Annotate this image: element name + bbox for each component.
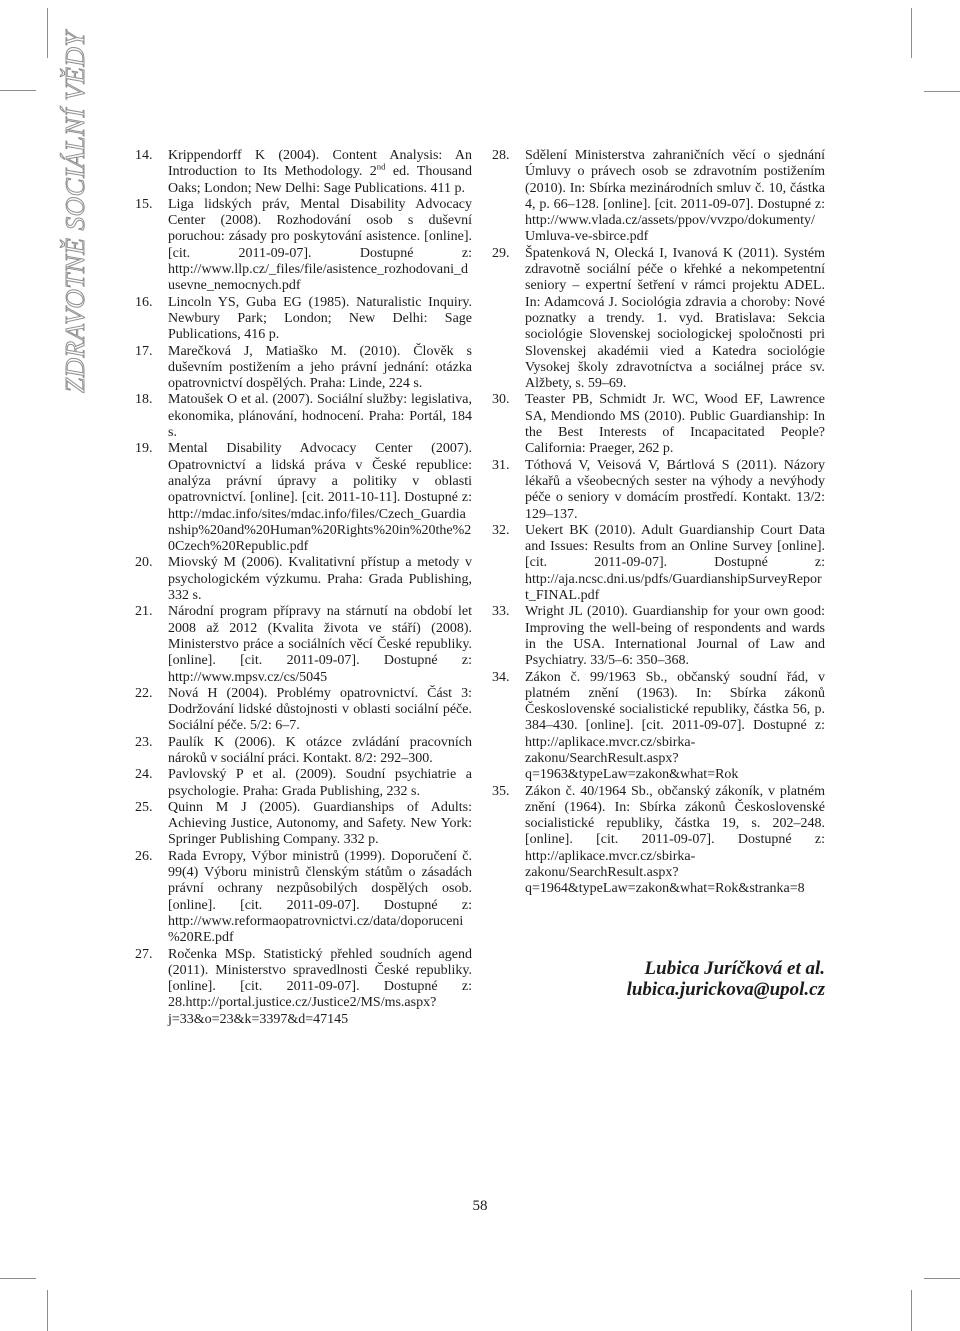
reference-text: Matoušek O et al. (2007). Sociální služb… (168, 392, 472, 441)
references-column-right: 28. Sdělení Ministerstva zahraničních vě… (492, 148, 825, 898)
reference-number: 33. (492, 604, 525, 620)
crop-mark-bottom-left-vertical (47, 1290, 48, 1331)
reference-text: Sdělení Ministerstva zahraničních věcí o… (525, 148, 825, 246)
reference-text: Liga lidských práv, Mental Disability Ad… (168, 197, 472, 295)
reference-number: 28. (492, 148, 525, 164)
reference-text: Miovský M (2006). Kvalitativní přístup a… (168, 555, 472, 604)
journal-section-label: ZDRAVOTNĚ SOCIÁLNÍ VĚDY (60, 95, 91, 393)
reference-text: Krippendorff K (2004). Content Analysis:… (168, 148, 472, 197)
reference-number: 35. (492, 784, 525, 800)
reference-text: Quinn M J (2005). Guardianships of Adult… (168, 800, 472, 849)
reference-number: 31. (492, 458, 525, 474)
reference-text: Uekert BK (2010). Adult Guardianship Cou… (525, 523, 825, 604)
reference-text: Národní program přípravy na stárnutí na … (168, 604, 472, 685)
reference-item-22: 22. Nová H (2004). Problémy opatrovnictv… (135, 686, 472, 735)
reference-number: 19. (135, 441, 168, 457)
reference-number: 17. (135, 344, 168, 360)
journal-page: { "page": { "number": "58" }, "sidebar":… (0, 0, 960, 1331)
reference-item-33: 33. Wright JL (2010). Guardianship for y… (492, 604, 825, 669)
reference-item-18: 18. Matoušek O et al. (2007). Sociální s… (135, 392, 472, 441)
reference-item-35: 35. Zákon č. 40/1964 Sb., občanský zákon… (492, 784, 825, 898)
reference-number: 20. (135, 555, 168, 571)
crop-mark-bottom-right-horizontal (924, 1278, 960, 1279)
reference-item-24: 24. Pavlovský P et al. (2009). Soudní ps… (135, 767, 472, 800)
reference-item-25: 25. Quinn M J (2005). Guardianships of A… (135, 800, 472, 849)
reference-item-23: 23. Paulík K (2006). K otázce zvládání p… (135, 735, 472, 768)
reference-number: 16. (135, 295, 168, 311)
crop-mark-bottom-right-vertical (911, 1290, 912, 1331)
reference-number: 15. (135, 197, 168, 213)
reference-text: Teaster PB, Schmidt Jr. WC, Wood EF, Law… (525, 392, 825, 457)
reference-number: 21. (135, 604, 168, 620)
reference-item-30: 30. Teaster PB, Schmidt Jr. WC, Wood EF,… (492, 392, 825, 457)
reference-number: 26. (135, 849, 168, 865)
reference-text: Paulík K (2006). K otázce zvládání praco… (168, 735, 472, 768)
reference-item-19: 19. Mental Disability Advocacy Center (2… (135, 441, 472, 555)
reference-text: Rada Evropy, Výbor ministrů (1999). Dopo… (168, 849, 472, 947)
reference-number: 14. (135, 148, 168, 164)
crop-mark-bottom-left-horizontal (0, 1278, 36, 1279)
reference-item-32: 32. Uekert BK (2010). Adult Guardianship… (492, 523, 825, 604)
reference-number: 34. (492, 670, 525, 686)
reference-text: Zákon č. 40/1964 Sb., občanský zákoník, … (525, 784, 825, 898)
reference-number: 24. (135, 767, 168, 783)
reference-text: Zákon č. 99/1963 Sb., občanský soudní řá… (525, 670, 825, 784)
page-number: 58 (0, 1198, 960, 1215)
author-email: lubica.jurickova@upol.cz (492, 979, 825, 1000)
author-name: Lubica Juríčková et al. (492, 958, 825, 979)
reference-list-left: 14. Krippendorff K (2004). Content Analy… (135, 148, 472, 1028)
reference-item-20: 20. Miovský M (2006). Kvalitativní příst… (135, 555, 472, 604)
reference-number: 30. (492, 392, 525, 408)
reference-number: 23. (135, 735, 168, 751)
reference-item-17: 17. Marečková J, Matiaško M. (2010). Člo… (135, 344, 472, 393)
reference-number: 27. (135, 947, 168, 963)
reference-text: Mental Disability Advocacy Center (2007)… (168, 441, 472, 555)
references-column-left: 14. Krippendorff K (2004). Content Analy… (135, 148, 472, 1028)
reference-text: Marečková J, Matiaško M. (2010). Člověk … (168, 344, 472, 393)
reference-item-27: 27. Ročenka MSp. Statistický přehled sou… (135, 947, 472, 1028)
reference-text: Tóthová V, Veisová V, Bártlová S (2011).… (525, 458, 825, 523)
reference-number: 18. (135, 392, 168, 408)
reference-number: 32. (492, 523, 525, 539)
reference-item-26: 26. Rada Evropy, Výbor ministrů (1999). … (135, 849, 472, 947)
reference-number: 25. (135, 800, 168, 816)
crop-mark-top-right-horizontal (924, 91, 960, 92)
reference-text: Ročenka MSp. Statistický přehled soudníc… (168, 947, 472, 1028)
crop-mark-top-right-vertical (911, 8, 912, 58)
reference-item-31: 31. Tóthová V, Veisová V, Bártlová S (20… (492, 458, 825, 523)
reference-number: 22. (135, 686, 168, 702)
reference-item-34: 34. Zákon č. 99/1963 Sb., občanský soudn… (492, 670, 825, 784)
author-signature: Lubica Juríčková et al. lubica.jurickova… (492, 958, 825, 1000)
reference-text: Špatenková N, Olecká I, Ivanová K (2011)… (525, 246, 825, 393)
reference-text: Lincoln YS, Guba EG (1985). Naturalistic… (168, 295, 472, 344)
reference-item-29: 29. Špatenková N, Olecká I, Ivanová K (2… (492, 246, 825, 393)
reference-item-16: 16. Lincoln YS, Guba EG (1985). Naturali… (135, 295, 472, 344)
reference-item-28: 28. Sdělení Ministerstva zahraničních vě… (492, 148, 825, 246)
reference-item-21: 21. Národní program přípravy na stárnutí… (135, 604, 472, 685)
reference-item-15: 15. Liga lidských práv, Mental Disabilit… (135, 197, 472, 295)
reference-text: Pavlovský P et al. (2009). Soudní psychi… (168, 767, 472, 800)
crop-mark-top-left-horizontal (0, 90, 36, 91)
reference-list-right: 28. Sdělení Ministerstva zahraničních vě… (492, 148, 825, 898)
reference-text: Wright JL (2010). Guardianship for your … (525, 604, 825, 669)
reference-number: 29. (492, 246, 525, 262)
reference-text: Nová H (2004). Problémy opatrovnictví. Č… (168, 686, 472, 735)
crop-mark-top-left-vertical (47, 8, 48, 58)
reference-item-14: 14. Krippendorff K (2004). Content Analy… (135, 148, 472, 197)
